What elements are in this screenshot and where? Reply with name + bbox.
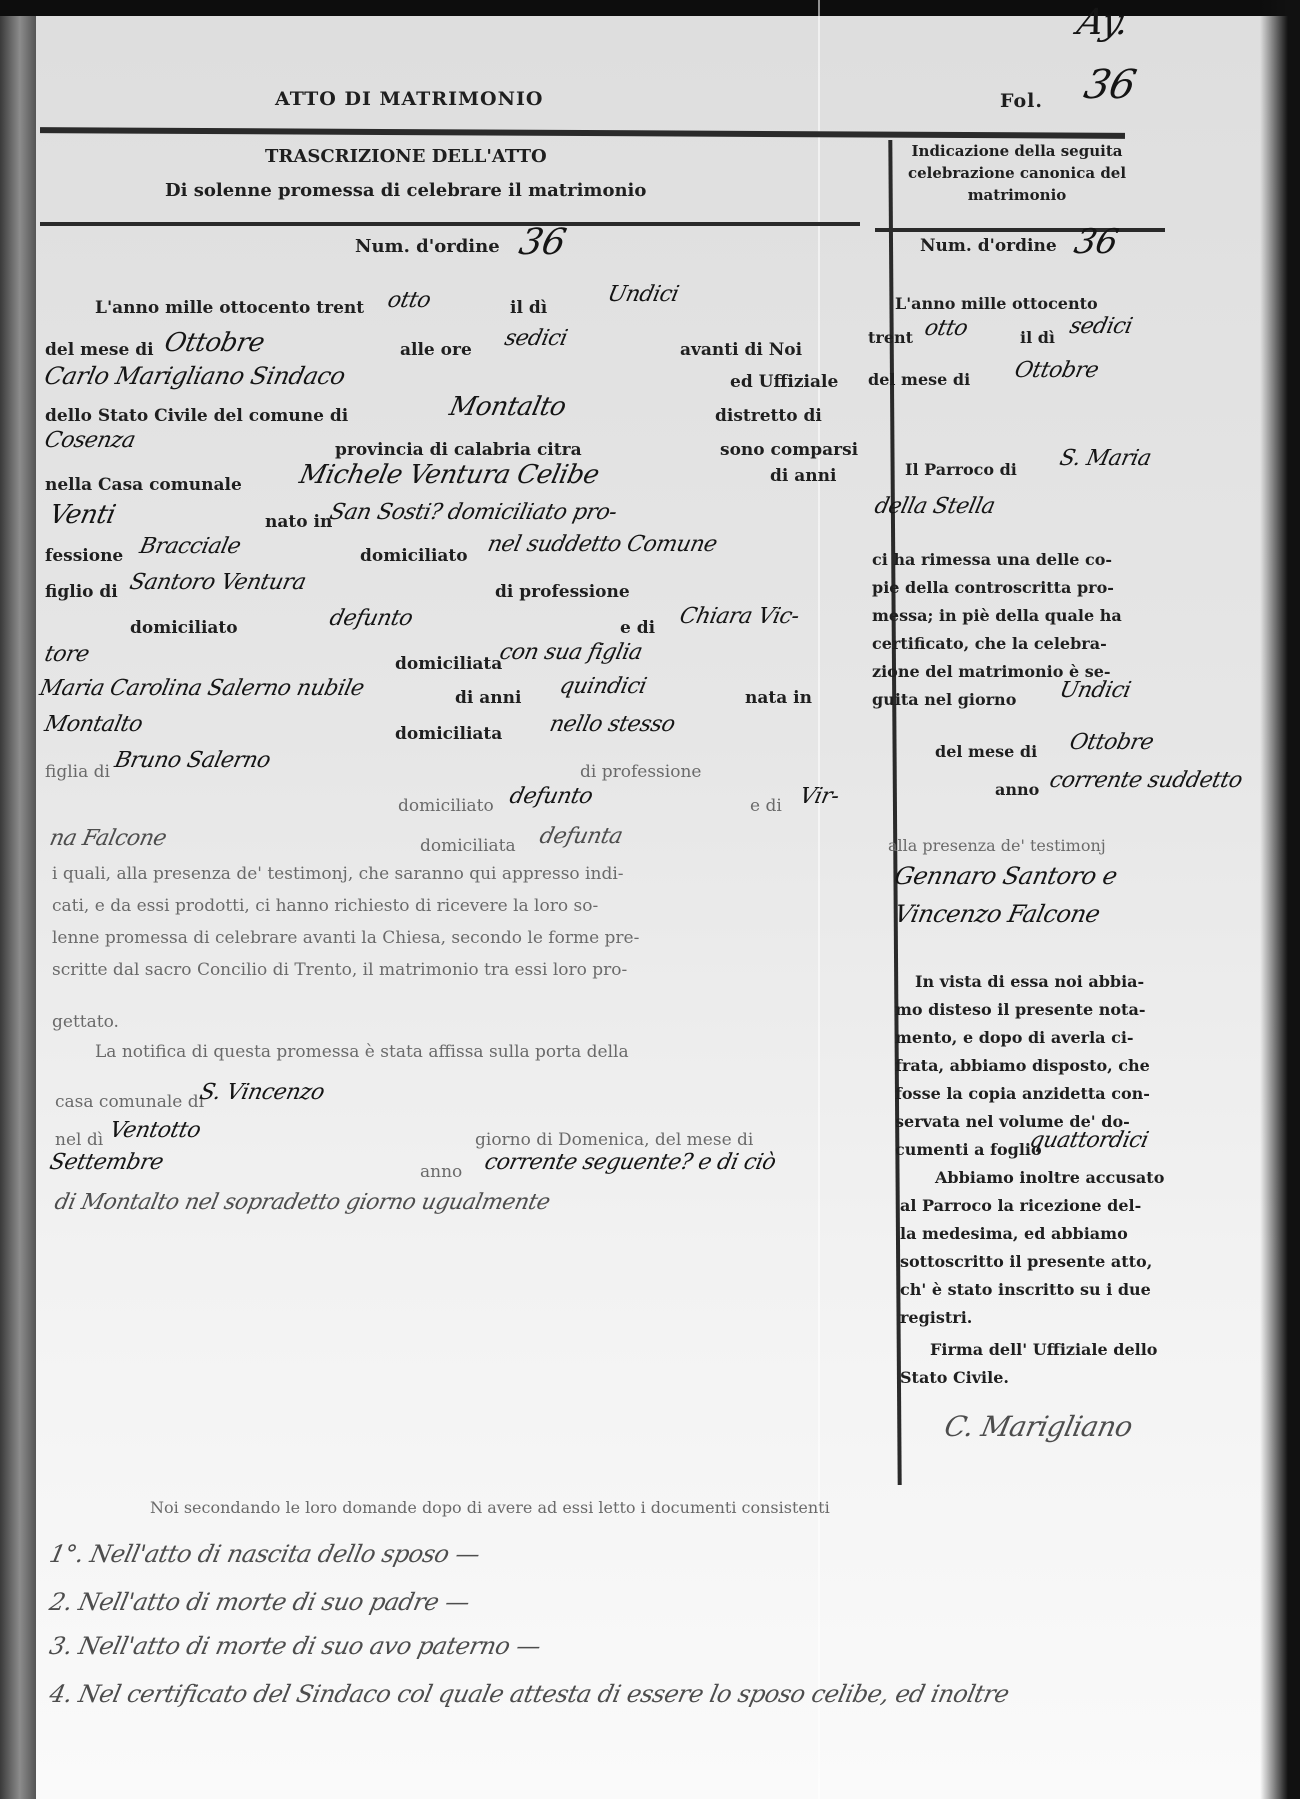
line-hand: Venti — [47, 500, 118, 530]
page-fold-line — [818, 0, 820, 1799]
line-hand: San Sosti? domiciliato pro- — [327, 500, 619, 525]
notice-printed: casa comunale di — [55, 1092, 204, 1112]
paragraph-line: ch' è stato inscritto su i due — [900, 1280, 1151, 1299]
line-printed: di professione — [580, 762, 701, 782]
notice-printed: anno — [420, 1162, 462, 1182]
line-hand: defunto — [507, 784, 594, 809]
left-heading-rule — [40, 222, 860, 226]
line-printed: dello Stato Civile del comune di — [45, 406, 348, 426]
notice-printed: giorno di Domenica, del mese di — [475, 1130, 753, 1150]
left-order-label: Num. d'ordine — [355, 236, 500, 257]
line-hand: sedici — [502, 326, 569, 351]
line-hand: Maria Carolina Salerno nubile — [37, 676, 366, 701]
corner-annotation: Ay. — [1074, 2, 1133, 43]
paragraph-line: pie della controscritta pro- — [872, 578, 1114, 597]
line-printed: domiciliato — [398, 796, 494, 816]
right-day-label: il dì — [1020, 328, 1055, 347]
line-printed: figlia di — [45, 762, 110, 782]
line-hand: Vir- — [797, 784, 841, 809]
right-heading-rule — [875, 228, 1165, 232]
line-printed: sono comparsi — [720, 440, 858, 460]
line-printed: fessione — [45, 546, 123, 566]
notice-hand: corrente seguente? e di ciò — [482, 1150, 778, 1175]
line-printed: L'anno mille ottocento trent — [95, 298, 364, 318]
right-month-hand: Ottobre — [1012, 358, 1100, 383]
line-hand: quindici — [557, 674, 648, 699]
right-parish-hand-2: della Stella — [872, 494, 997, 519]
paragraph-line: frata, abbiamo disposto, che — [895, 1056, 1150, 1075]
line-printed: provincia di calabria citra — [335, 440, 582, 460]
right-order-label: Num. d'ordine — [920, 236, 1057, 256]
right-year-label: L'anno mille ottocento — [895, 294, 1098, 313]
paragraph-line: mo disteso il presente nota- — [895, 1000, 1145, 1019]
right-heading: Indicazione della seguita celebrazione c… — [872, 140, 1162, 206]
paragraph-line: i quali, alla presenza de' testimonj, ch… — [52, 864, 624, 884]
line-printed: domiciliata — [395, 654, 502, 674]
notice-hand: Settembre — [47, 1150, 165, 1175]
line-hand: Montalto — [447, 392, 569, 422]
line-printed: domiciliato — [130, 618, 238, 638]
line-hand: Michele Ventura Celibe — [297, 460, 602, 490]
line-hand: Bracciale — [137, 534, 242, 559]
line-printed: nata in — [745, 688, 812, 708]
left-heading-2: Di solenne promessa di celebrare il matr… — [165, 180, 646, 201]
line-printed: distretto di — [715, 406, 822, 426]
line-printed: nato in — [265, 512, 332, 532]
paragraph-line: scritte dal sacro Concilio di Trento, il… — [52, 960, 627, 980]
folio-label: Fol. — [1000, 90, 1043, 112]
right-folio-hand: quattordici — [1027, 1128, 1150, 1153]
line-hand: tore — [42, 642, 91, 667]
witness-1: Gennaro Santoro e — [892, 862, 1120, 890]
right-celebration-day: Undici — [1057, 678, 1133, 703]
line-printed: il dì — [510, 298, 547, 318]
line-hand: defunta — [537, 824, 624, 849]
paragraph-line: cumenti a foglio — [895, 1140, 1042, 1159]
line-hand: Carlo Marigliano Sindaco — [42, 362, 348, 390]
paragraph-line: ci ha rimessa una delle co- — [872, 550, 1112, 569]
scan-right-edge — [1260, 0, 1300, 1799]
line-printed: del mese di — [45, 340, 154, 360]
right-witnesses-label: alla presenza de' testimonj — [888, 836, 1106, 855]
officer-signature: C. Marigliano — [941, 1410, 1135, 1443]
right-celebration-year-label: anno — [995, 780, 1039, 799]
line-printed: domiciliato — [360, 546, 468, 566]
line-printed: e di — [620, 618, 655, 638]
paragraph-line: certificato, che la celebra- — [872, 634, 1107, 653]
right-heading-line: Indicazione della seguita celebrazione c… — [872, 140, 1162, 206]
line-printed: avanti di Noi — [680, 340, 802, 360]
line-hand: Cosenza — [42, 428, 137, 453]
notice-hand: S. Vincenzo — [197, 1080, 326, 1105]
line-hand: nel suddetto Comune — [485, 532, 719, 557]
notice-hand: Ventotto — [107, 1118, 202, 1143]
document-item: 1°. Nell'atto di nascita dello sposo — — [47, 1540, 482, 1568]
paragraph-line: al Parroco la ricezione del- — [900, 1196, 1141, 1215]
right-year-label-2: trent — [868, 328, 913, 347]
line-hand: Bruno Salerno — [112, 748, 272, 773]
notice-hand: di Montalto nel sopradetto giorno ugualm… — [52, 1190, 552, 1215]
document-item: 3. Nell'atto di morte di suo avo paterno… — [47, 1632, 543, 1660]
line-printed: di professione — [495, 582, 630, 602]
line-printed: nella Casa comunale — [45, 475, 242, 495]
document-item: 2. Nell'atto di morte di suo padre — — [47, 1588, 472, 1616]
document-item: 4. Nel certificato del Sindaco col quale… — [47, 1680, 1012, 1708]
line-hand: Santoro Ventura — [127, 570, 308, 595]
folio-number: 36 — [1080, 62, 1140, 108]
line-hand: Chiara Vic- — [677, 604, 801, 629]
notice-printed: La notifica di questa promessa è stata a… — [95, 1042, 629, 1062]
right-year-hand: otto — [922, 316, 969, 341]
line-printed: domiciliata — [420, 836, 516, 856]
page-binding-edge — [0, 0, 36, 1799]
line-printed: domiciliata — [395, 724, 502, 744]
paragraph-line: cati, e da essi prodotti, ci hanno richi… — [52, 896, 598, 916]
act-title: ATTO DI MATRIMONIO — [275, 88, 543, 110]
line-printed: ed Uffiziale — [730, 372, 838, 392]
line-hand: Montalto — [42, 712, 144, 737]
line-hand: otto — [385, 288, 432, 313]
paragraph-line: fosse la copia anzidetta con- — [895, 1084, 1150, 1103]
paragraph-line: guita nel giorno — [872, 690, 1016, 709]
right-celebration-month: Ottobre — [1067, 730, 1155, 755]
line-hand: na Falcone — [47, 826, 168, 851]
line-hand: nello stesso — [547, 712, 677, 737]
paragraph-line: sottoscritto il presente atto, — [900, 1252, 1152, 1271]
right-celebration-year: corrente suddetto — [1047, 768, 1244, 793]
left-order-value: 36 — [516, 222, 570, 263]
paragraph-line: registri. — [900, 1308, 972, 1327]
paragraph-line: la medesima, ed abbiamo — [900, 1224, 1128, 1243]
right-order-value: 36 — [1071, 222, 1122, 262]
paragraph-line: lenne promessa di celebrare avanti la Ch… — [52, 928, 639, 948]
bottom-printed-line: Noi secondando le loro domande dopo di a… — [150, 1498, 830, 1517]
right-parish-label: Il Parroco di — [905, 460, 1017, 479]
right-celebration-month-label: del mese di — [935, 742, 1037, 761]
paragraph-line: Abbiamo inoltre accusato — [935, 1168, 1164, 1187]
line-hand: defunto — [327, 606, 414, 631]
right-day-hand: sedici — [1067, 314, 1134, 339]
line-printed: di anni — [770, 466, 836, 486]
right-parish-hand: S. Maria — [1057, 446, 1153, 471]
line-printed: di anni — [455, 688, 521, 708]
paragraph-line: mento, e dopo di averla ci- — [895, 1028, 1134, 1047]
line-printed: e di — [750, 796, 782, 816]
witness-2: Vincenzo Falcone — [892, 900, 1102, 928]
line-printed: figlio di — [45, 582, 118, 602]
line-hand: con sua figlia — [497, 640, 644, 665]
paragraph-line: In vista di essa noi abbia- — [915, 972, 1144, 991]
line-hand: Undici — [605, 282, 681, 307]
line-printed: alle ore — [400, 340, 472, 360]
line-hand: Ottobre — [162, 328, 267, 358]
notice-printed: nel dì — [55, 1130, 103, 1150]
paragraph-line: messa; in piè della quale ha — [872, 606, 1122, 625]
paragraph-line: gettato. — [52, 1012, 119, 1032]
right-month-label: del mese di — [868, 370, 970, 389]
left-heading-1: TRASCRIZIONE DELL'ATTO — [265, 146, 547, 167]
signature-label: Firma dell' Uffiziale dello Stato Civile… — [900, 1336, 1170, 1392]
